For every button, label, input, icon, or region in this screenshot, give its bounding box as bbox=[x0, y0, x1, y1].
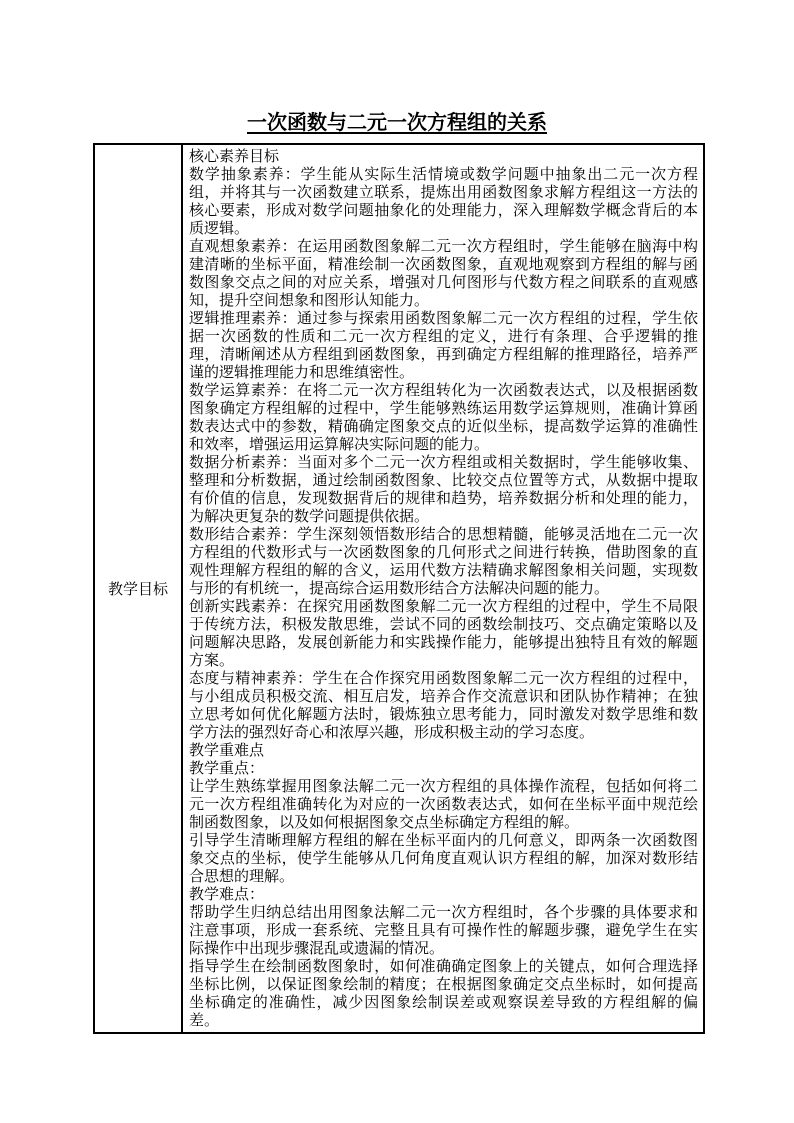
page-title: 一次函数与二元一次方程组的关系 bbox=[0, 0, 794, 136]
paragraph-math-abstraction: 数学抽象素养：学生能从实际生活情境或数学问题中抽象出二元一次方程组，并将其与一次… bbox=[189, 165, 698, 237]
table-row: 教学目标 核心素养目标 数学抽象素养：学生能从实际生活情境或数学问题中抽象出二元… bbox=[94, 144, 704, 1033]
objectives-cell: 核心素养目标 数学抽象素养：学生能从实际生活情境或数学问题中抽象出二元一次方程组… bbox=[182, 144, 704, 1033]
key-points-heading: 教学重点： bbox=[189, 759, 698, 777]
paragraph-number-shape: 数形结合素养：学生深刻领悟数形结合的思想精髓，能够灵活地在二元一次方程组的代数形… bbox=[189, 525, 698, 597]
row-header-label: 教学目标 bbox=[108, 580, 168, 598]
paragraph-attitude-spirit: 态度与精神素养：学生在合作探究用函数图象解二元一次方程组的过程中，与小组成员积极… bbox=[189, 669, 698, 741]
paragraph-difficult-point-1: 帮助学生归纳总结出用图象法解二元一次方程组时，各个步骤的具体要求和注意事项，形成… bbox=[189, 903, 698, 957]
row-header-cell: 教学目标 bbox=[94, 144, 182, 1033]
lesson-plan-table: 教学目标 核心素养目标 数学抽象素养：学生能从实际生活情境或数学问题中抽象出二元… bbox=[93, 143, 705, 1034]
paragraph-visual-imagination: 直观想象素养：在运用函数图象解二元一次方程组时，学生能够在脑海中构建清晰的坐标平… bbox=[189, 237, 698, 309]
paragraph-key-point-2: 引导学生清晰理解方程组的解在坐标平面内的几何意义，即两条一次函数图象交点的坐标，… bbox=[189, 831, 698, 885]
paragraph-innovation-practice: 创新实践素养：在探究用函数图象解二元一次方程组的过程中，学生不局限于传统方法，积… bbox=[189, 597, 698, 669]
core-competency-heading: 核心素养目标 bbox=[189, 147, 698, 165]
paragraph-difficult-point-2: 指导学生在绘制函数图象时，如何准确确定图象上的关键点，如何合理选择坐标比例，以保… bbox=[189, 957, 698, 1029]
page-title-text: 一次函数与二元一次方程组的关系 bbox=[247, 110, 547, 134]
paragraph-data-analysis: 数据分析素养：当面对多个二元一次方程组或相关数据时，学生能够收集、整理和分析数据… bbox=[189, 453, 698, 525]
difficult-points-heading: 教学难点： bbox=[189, 885, 698, 903]
paragraph-math-operation: 数学运算素养：在将二元一次方程组转化为一次函数表达式，以及根据函数图象确定方程组… bbox=[189, 381, 698, 453]
key-difficult-points-heading: 教学重难点 bbox=[189, 741, 698, 759]
paragraph-logical-reasoning: 逻辑推理素养：通过参与探索用函数图象解二元一次方程组的过程，学生依据一次函数的性… bbox=[189, 309, 698, 381]
paragraph-key-point-1: 让学生熟练掌握用图象法解二元一次方程组的具体操作流程，包括如何将二元一次方程组准… bbox=[189, 777, 698, 831]
